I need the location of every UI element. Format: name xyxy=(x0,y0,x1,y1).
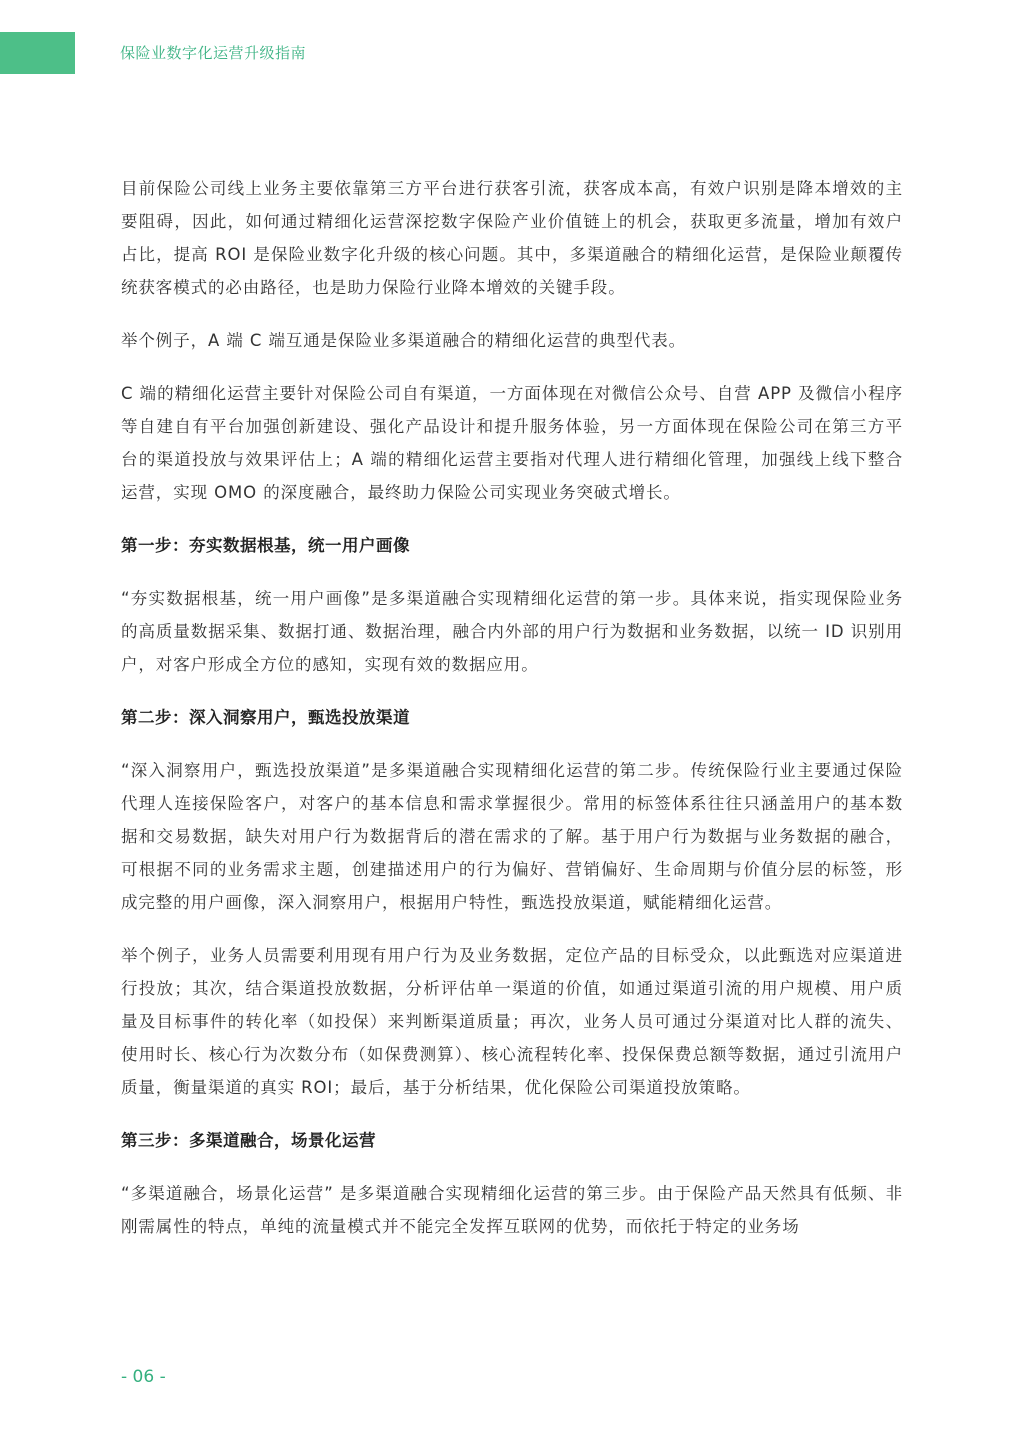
header-accent-bar xyxy=(0,32,75,74)
heading-step-1: 第一步：夯实数据根基，统一用户画像 xyxy=(121,529,903,562)
paragraph-step-2: “深入洞察用户，甄选投放渠道”是多渠道融合实现精细化运营的第二步。传统保险行业主… xyxy=(121,754,903,919)
paragraph-step-3: “多渠道融合，场景化运营” 是多渠道融合实现精细化运营的第三步。由于保险产品天然… xyxy=(121,1177,903,1243)
heading-step-2: 第二步：深入洞察用户，甄选投放渠道 xyxy=(121,701,903,734)
paragraph-c-end: C 端的精细化运营主要针对保险公司自有渠道，一方面体现在对微信公众号、自营 AP… xyxy=(121,377,903,509)
paragraph-intro: 目前保险公司线上业务主要依靠第三方平台进行获客引流，获客成本高，有效户识别是降本… xyxy=(121,172,903,304)
paragraph-step-2-example: 举个例子，业务人员需要利用现有用户行为及业务数据，定位产品的目标受众，以此甄选对… xyxy=(121,939,903,1104)
heading-step-3: 第三步：多渠道融合，场景化运营 xyxy=(121,1124,903,1157)
document-title: 保险业数字化运营升级指南 xyxy=(120,43,306,63)
page-number: - 06 - xyxy=(121,1366,166,1388)
main-content: 目前保险公司线上业务主要依靠第三方平台进行获客引流，获客成本高，有效户识别是降本… xyxy=(121,172,903,1263)
paragraph-step-1: “夯实数据根基，统一用户画像”是多渠道融合实现精细化运营的第一步。具体来说，指实… xyxy=(121,582,903,681)
paragraph-example: 举个例子，A 端 C 端互通是保险业多渠道融合的精细化运营的典型代表。 xyxy=(121,324,903,357)
